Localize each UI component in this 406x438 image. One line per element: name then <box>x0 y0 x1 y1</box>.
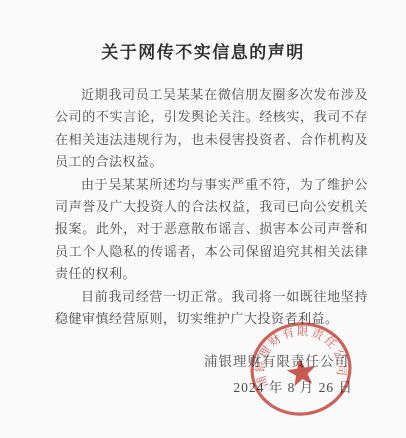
statement-title: 关于网传不实信息的声明 <box>0 38 406 63</box>
statement-body: 近期我司员工吴某某在微信朋友圈多次发布涉及公司的不实言论，引发舆论关注。经核实，… <box>55 84 368 330</box>
seal-star-icon <box>285 356 317 387</box>
statement-document: 关于网传不实信息的声明 近期我司员工吴某某在微信朋友圈多次发布涉及公司的不实言论… <box>0 0 406 438</box>
official-seal: 浦银理财有限责任公司 <box>239 311 362 427</box>
statement-paragraph-1: 近期我司员工吴某某在微信朋友圈多次发布涉及公司的不实言论，引发舆论关注。经核实，… <box>55 84 368 174</box>
statement-paragraph-2: 由于吴某某所述均与事实严重不符，为了维护公司声誉及广大投资人的合法权益，我司已向… <box>55 174 368 286</box>
